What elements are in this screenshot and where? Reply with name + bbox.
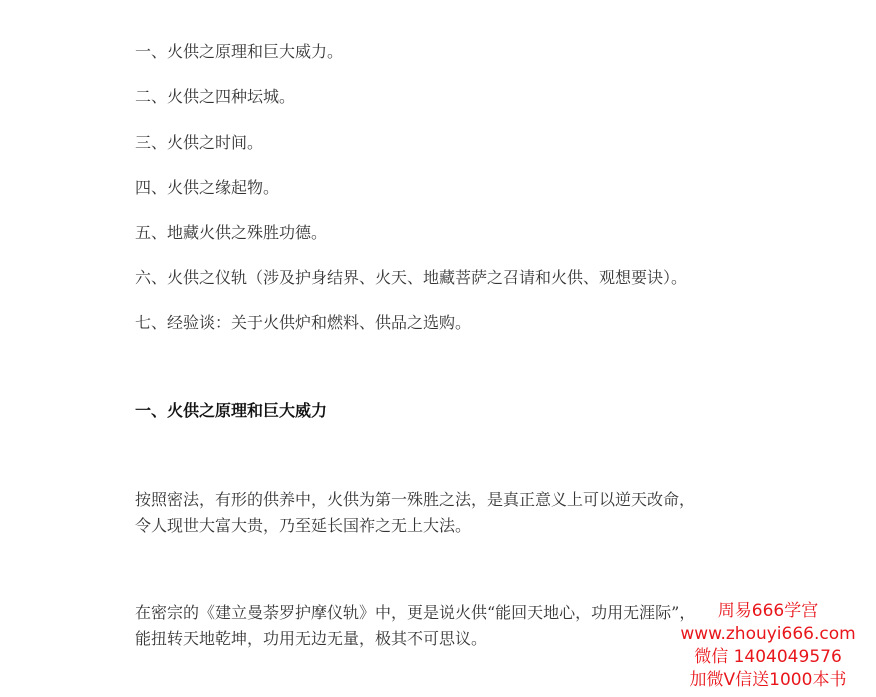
toc-item-1: 一、火供之原理和巨大威力。 [135,42,343,62]
toc-item-7: 七、经验谈：关于火供炉和燃料、供品之选购。 [135,313,471,333]
toc-item-6: 六、火供之仪轨（涉及护身结界、火天、地藏菩萨之召请和火供、观想要诀）。 [135,268,687,288]
toc-item-2: 二、火供之四种坛城。 [135,87,295,107]
toc-item-4: 四、火供之缘起物。 [135,178,279,198]
paragraph-1: 按照密法，有形的供养中，火供为第一殊胜之法，是真正意义上可以逆天改命， 令人现世… [135,487,695,539]
toc-item-3: 三、火供之时间。 [135,133,263,153]
watermark-title: 周易666学宫 [668,600,868,623]
section-heading: 一、火供之原理和巨大威力 [135,400,327,422]
paragraph-2: 在密宗的《建立曼荼罗护摩仪轨》中，更是说火供“能回天地心，功用无涯际”， 能扭转… [135,600,695,652]
watermark-overlay: 周易666学宫 www.zhouyi666.com 微信 1404049576 … [668,600,868,692]
watermark-promo: 加微V信送1000本书 [668,669,868,692]
toc-item-5: 五、地藏火供之殊胜功德。 [135,223,327,243]
paragraph-line: 能扭转天地乾坤，功用无边无量，极其不可思议。 [135,626,695,652]
paragraph-line: 按照密法，有形的供养中，火供为第一殊胜之法，是真正意义上可以逆天改命， [135,487,695,513]
watermark-wechat: 微信 1404049576 [668,646,868,669]
paragraph-line: 令人现世大富大贵，乃至延长国祚之无上大法。 [135,513,695,539]
document-page: 一、火供之原理和巨大威力。 二、火供之四种坛城。 三、火供之时间。 四、火供之缘… [0,0,876,697]
paragraph-line: 在密宗的《建立曼荼罗护摩仪轨》中，更是说火供“能回天地心，功用无涯际”， [135,600,695,626]
watermark-url: www.zhouyi666.com [668,623,868,646]
